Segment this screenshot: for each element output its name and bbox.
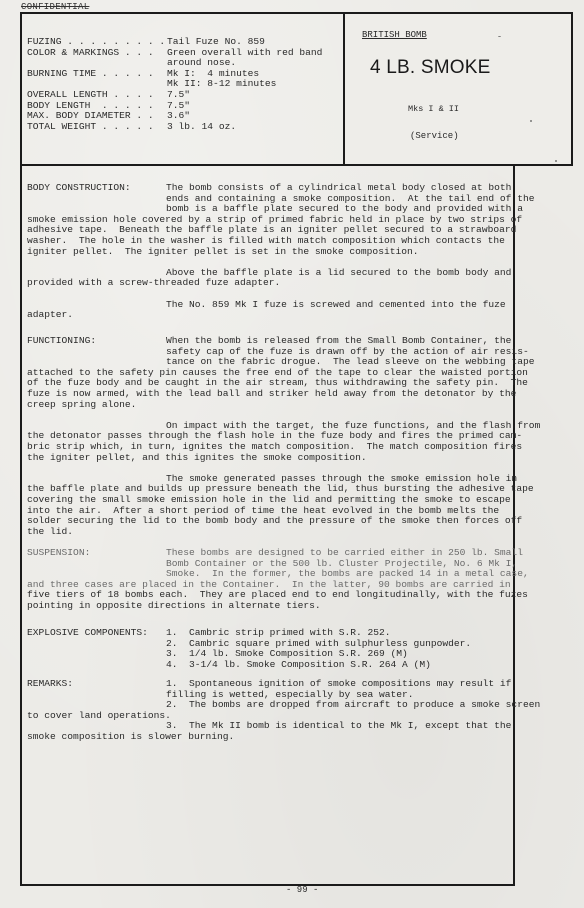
classification-marking: CONFIDENTIAL: [21, 2, 89, 13]
text-line: These bombs are designed to be carried e…: [27, 548, 562, 559]
spec-label: BURNING TIME . . . . .: [27, 69, 167, 80]
text-line: washer. The hole in the washer is filled…: [27, 236, 562, 247]
text-line: the lid.: [27, 527, 562, 538]
section-label: FUNCTIONING:: [27, 336, 96, 347]
text-line: smoke composition is slower burning.: [27, 732, 562, 743]
spec-value: 7.5": [167, 90, 190, 101]
spec-label: FUZING . . . . . . . . .: [27, 37, 167, 48]
spec-label: OVERALL LENGTH . . . .: [27, 90, 167, 101]
section-remarks: REMARKS:1. Spontaneous ignition of smoke…: [27, 679, 562, 743]
spec-list: FUZING . . . . . . . . . Tail Fuze No. 8…: [27, 37, 322, 132]
text-line: pointing in opposite directions in alter…: [27, 601, 562, 612]
spec-label: COLOR & MARKINGS . . .: [27, 48, 167, 59]
text-line: creep spring alone.: [27, 400, 562, 411]
text-line: bric strip which, in turn, ignites the m…: [27, 442, 562, 453]
spec-label: [27, 79, 167, 90]
section-label: EXPLOSIVE COMPONENTS:: [27, 628, 148, 639]
section-functioning: FUNCTIONING:When the bomb is released fr…: [27, 336, 562, 537]
bomb-title: 4 LB. SMOKE: [370, 57, 490, 79]
spec-label: TOTAL WEIGHT . . . . .: [27, 122, 167, 133]
spec-row: TOTAL WEIGHT . . . . . 3 lb. 14 oz.: [27, 122, 322, 133]
bomb-status: (Service): [410, 131, 459, 142]
text-line: the igniter pellet, and this ignites the…: [27, 453, 562, 464]
spec-row: OVERALL LENGTH . . . . 7.5": [27, 90, 322, 101]
spec-label: MAX. BODY DIAMETER . .: [27, 111, 167, 122]
title-box-top-border: [343, 12, 573, 14]
text-line: 4. 3-1/4 lb. Smoke Composition S.R. 264 …: [27, 660, 562, 671]
paragraph-gap: [27, 289, 562, 300]
section-label: SUSPENSION:: [27, 548, 90, 559]
text-line: When the bomb is released from the Small…: [27, 336, 562, 347]
section-suspension: SUSPENSION:These bombs are designed to b…: [27, 548, 562, 612]
page-number: - 99 -: [286, 885, 318, 896]
bomb-category: BRITISH BOMB: [362, 30, 427, 41]
text-line: fuze is now armed, with the lead ball an…: [27, 389, 562, 400]
text-line: The No. 859 Mk I fuze is screwed and cem…: [27, 300, 562, 311]
title-box-bottom-border: [343, 164, 573, 166]
spec-label: [27, 58, 167, 69]
section-label: REMARKS:: [27, 679, 73, 690]
bomb-marks: Mks I & II: [408, 104, 459, 115]
text-line: igniter pellet. The igniter pellet is se…: [27, 247, 562, 258]
section-body-construction: BODY CONSTRUCTION:The bomb consists of a…: [27, 183, 562, 321]
spec-row: FUZING . . . . . . . . . Tail Fuze No. 8…: [27, 37, 322, 48]
paper-speck: [530, 120, 532, 122]
spec-label: BODY LENGTH . . . . .: [27, 101, 167, 112]
text-line: provided with a screw-threaded fuze adap…: [27, 278, 562, 289]
spec-value: Tail Fuze No. 859: [167, 37, 265, 48]
text-line: 1. Spontaneous ignition of smoke composi…: [27, 679, 562, 690]
paper-speck: [498, 36, 501, 37]
section-explosive-components: EXPLOSIVE COMPONENTS:1. Cambric strip pr…: [27, 628, 562, 670]
text-line: solder securing the lid to the bomb body…: [27, 516, 562, 527]
text-line: covering the small smoke emission hole i…: [27, 495, 562, 506]
section-label: BODY CONSTRUCTION:: [27, 183, 131, 194]
spec-value: 3 lb. 14 oz.: [167, 122, 236, 133]
paper-speck: [555, 160, 557, 162]
text-line: adapter.: [27, 310, 562, 321]
